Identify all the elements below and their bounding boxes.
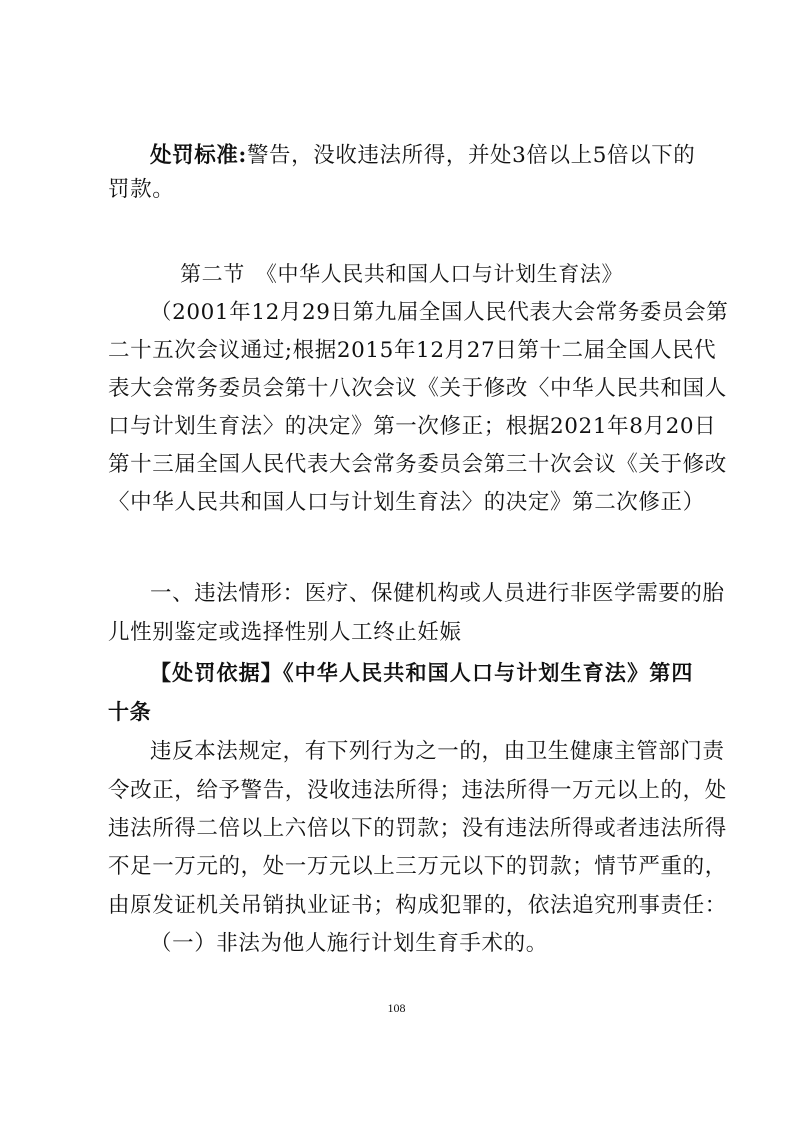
- history-line: 〈中华人民共和国人口与计划生育法〉的决定》第二次修正）: [108, 488, 693, 518]
- violation-line: 儿性别鉴定或选择性别人工终止妊娠: [108, 618, 693, 648]
- penalty-basis-text: 《中华人民共和国人口与计划生育法》第四: [283, 661, 693, 685]
- body-line: 由原发证机关吊销执业证书；构成犯罪的，依法追究刑事责任：: [108, 891, 693, 921]
- section-heading: 第二节 《中华人民共和国人口与计划生育法》: [180, 259, 700, 289]
- penalty-basis-label: 【处罚依据】: [150, 661, 283, 685]
- body-line: 令改正，给予警告，没收违法所得；违法所得一万元以上的，处: [108, 776, 693, 806]
- history-line: 表大会常务委员会第十八次会议《关于修改〈中华人民共和国人: [108, 374, 693, 404]
- history-line: 第十三届全国人民代表大会常务委员会第三十次会议《关于修改: [108, 450, 693, 480]
- body-line: 不足一万元的，处一万元以上三万元以下的罚款；情节严重的，: [108, 852, 693, 882]
- page-number: 108: [0, 1001, 793, 1016]
- history-line: 二十五次会议通过;根据2015年12月27日第十二届全国人民代: [108, 336, 693, 366]
- body-line: 违反本法规定，有下列行为之一的，由卫生健康主管部门责: [150, 737, 693, 767]
- penalty-standard-continuation: 罚款。: [108, 175, 693, 205]
- penalty-standard-label: 处罚标准:: [150, 143, 247, 168]
- penalty-basis-continuation: 十条: [108, 697, 693, 727]
- body-line: 违法所得二倍以上六倍以下的罚款；没有违法所得或者违法所得: [108, 814, 693, 844]
- item-one: （一）非法为他人施行计划生育手术的。: [150, 929, 735, 959]
- violation-line: 一、违法情形：医疗、保健机构或人员进行非医学需要的胎: [150, 579, 693, 609]
- penalty-standard-text: 警告，没收违法所得，并处3倍以上5倍以下的: [247, 143, 695, 168]
- penalty-standard-line: 处罚标准:警告，没收违法所得，并处3倍以上5倍以下的: [150, 141, 693, 171]
- penalty-basis-line: 【处罚依据】《中华人民共和国人口与计划生育法》第四: [150, 658, 693, 688]
- history-line: 口与计划生育法〉的决定》第一次修正；根据2021年8月20日: [108, 412, 693, 442]
- history-line: （2001年12月29日第九届全国人民代表大会常务委员会第: [150, 298, 693, 328]
